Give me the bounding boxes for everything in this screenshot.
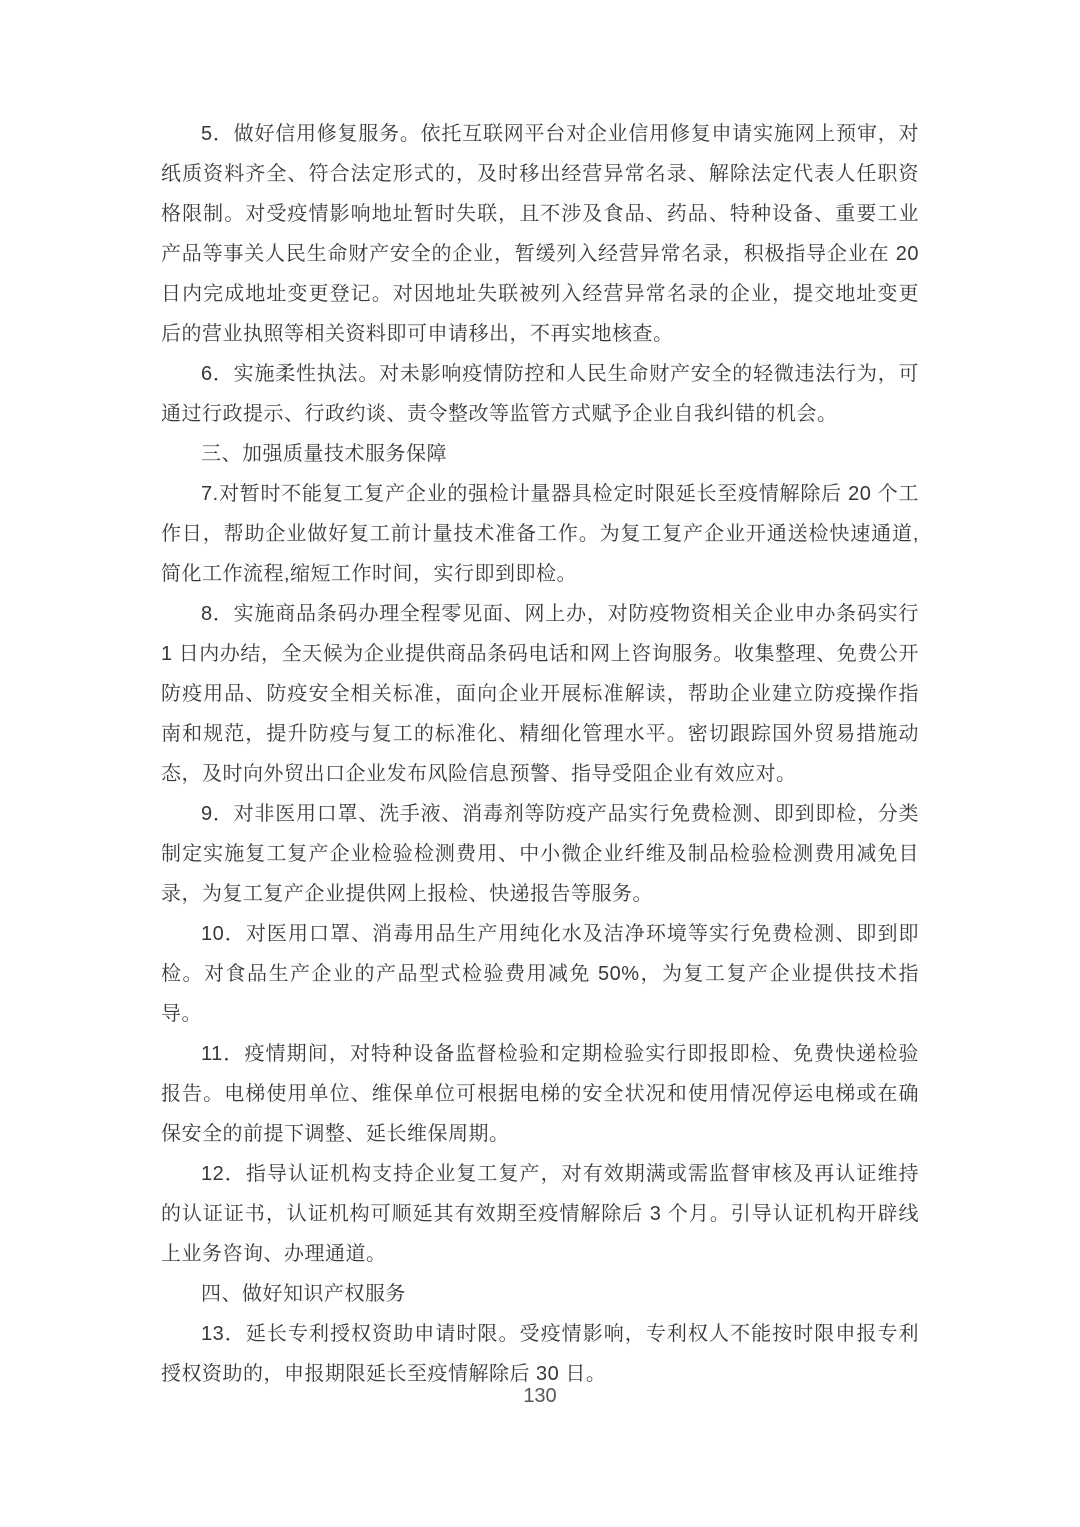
paragraph: 10．对医用口罩、消毒用品生产用纯化水及洁净环境等实行免费检测、即到即检。对食品… <box>161 914 919 1034</box>
paragraph: 8．实施商品条码办理全程零见面、网上办，对防疫物资相关企业申办条码实行 1 日内… <box>161 594 919 794</box>
paragraph: 6．实施柔性执法。对未影响疫情防控和人民生命财产安全的轻微违法行为，可通过行政提… <box>161 354 919 434</box>
document-body: 5．做好信用修复服务。依托互联网平台对企业信用修复申请实施网上预审，对纸质资料齐… <box>161 114 919 1394</box>
paragraph: 11．疫情期间，对特种设备监督检验和定期检验实行即报即检、免费快递检验报告。电梯… <box>161 1034 919 1154</box>
document-page: 5．做好信用修复服务。依托互联网平台对企业信用修复申请实施网上预审，对纸质资料齐… <box>0 0 1080 1527</box>
paragraph: 5．做好信用修复服务。依托互联网平台对企业信用修复申请实施网上预审，对纸质资料齐… <box>161 114 919 354</box>
paragraph: 12．指导认证机构支持企业复工复产，对有效期满或需监督审核及再认证维持的认证证书… <box>161 1154 919 1274</box>
page-number: 130 <box>523 1385 556 1407</box>
paragraph: 9．对非医用口罩、洗手液、消毒剂等防疫产品实行免费检测、即到即检，分类制定实施复… <box>161 794 919 914</box>
paragraph: 7.对暂时不能复工复产企业的强检计量器具检定时限延长至疫情解除后 20 个工作日… <box>161 474 919 594</box>
page-footer: 130 <box>0 1382 1080 1410</box>
section-heading: 三、加强质量技术服务保障 <box>161 434 919 474</box>
section-heading: 四、做好知识产权服务 <box>161 1274 919 1314</box>
